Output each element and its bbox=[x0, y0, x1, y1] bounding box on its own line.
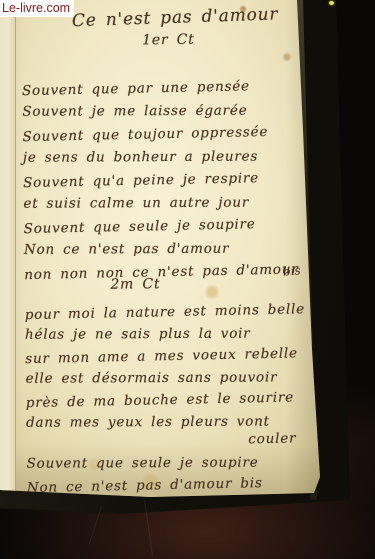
watermark-label: Le-livre.com bbox=[0, 0, 74, 17]
stanza-1: Souvent que par une pensée Souvent je me… bbox=[22, 75, 319, 286]
dust-speck bbox=[329, 1, 334, 5]
page-gutter-strip bbox=[0, 0, 16, 492]
bis-annotation: bis bbox=[283, 263, 302, 278]
handwritten-text: Ce n'est pas d'amour 1er Ct Souvent que … bbox=[21, 4, 321, 498]
stanza-2: pour moi la nature est moins belle hélas… bbox=[25, 299, 321, 498]
photo-of-manuscript-page: Ce n'est pas d'amour 1er Ct Souvent que … bbox=[0, 0, 375, 559]
